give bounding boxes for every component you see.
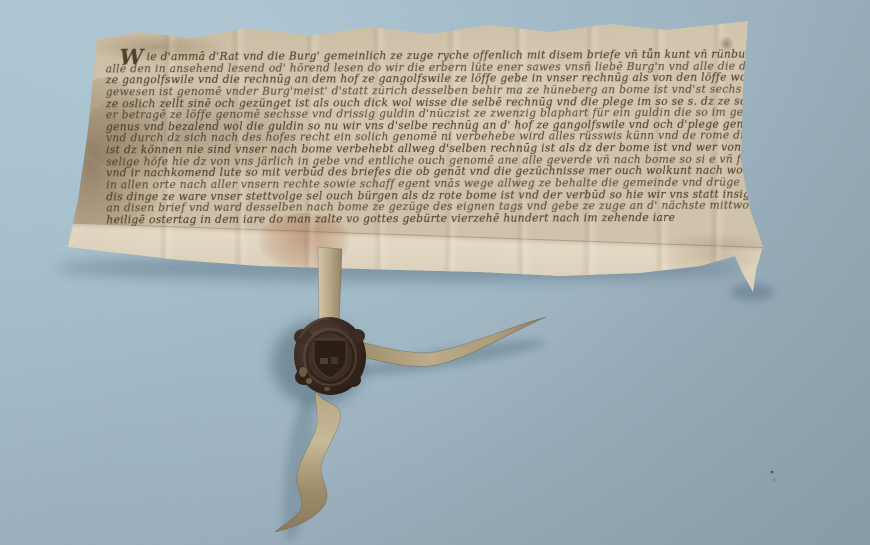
manuscript-line: gewesen ist genomē vnder Burg'meist' d's…: [106, 84, 754, 98]
seal-tag-slit: [352, 439, 392, 444]
manuscript-line: allē den in ansehend lesend od' hörend l…: [106, 60, 754, 74]
manuscript-line: selige höfe hie dz von vns järlich in ge…: [106, 153, 754, 167]
parchment-tag-lower: [275, 392, 340, 532]
wax-seal: [290, 313, 370, 398]
parchment-tag-right: [352, 317, 546, 366]
right-strap-shadow: [347, 333, 547, 382]
photograph-of-parchment-charter: Wie d'ammā d'Rat vnd die Burg' gemeinlic…: [0, 0, 870, 545]
background-speck: [771, 471, 774, 474]
manuscript-line: in allen orte nach aller vnsern rechte s…: [106, 177, 754, 191]
lower-strap-shadow: [277, 393, 321, 543]
seal-chip: [324, 387, 330, 391]
seal-chip: [299, 367, 307, 377]
seal-charge-mark: [331, 357, 338, 364]
seal-charge-mark: [320, 358, 328, 364]
background-speck: [773, 479, 775, 481]
seal-rim-highlight: [300, 318, 329, 338]
manuscript-text: Wie d'ammā d'Rat vnd die Burg' gemeinlic…: [106, 49, 755, 226]
parchment-charter: Wie d'ammā d'Rat vnd die Burg' gemeinlic…: [60, 20, 770, 300]
seal-tag-flap: [296, 441, 327, 472]
seal-shadow: [272, 320, 364, 406]
illuminated-initial: W: [120, 52, 144, 62]
seal-shield: [314, 339, 346, 378]
seal-chip: [306, 378, 312, 384]
seal-inner-ring: [304, 329, 356, 385]
